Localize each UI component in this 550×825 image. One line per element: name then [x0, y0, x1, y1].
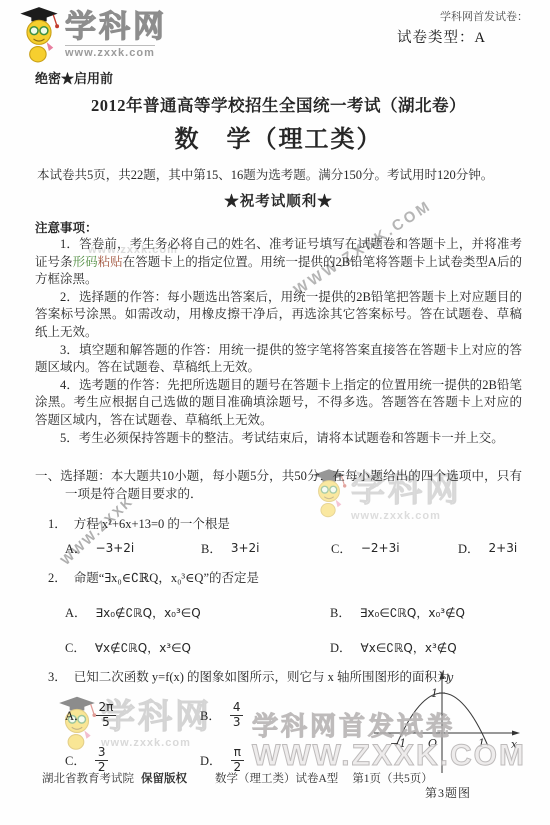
question-1: 1．方程 x²+6x+13=0 的一个根是 A．−3+2i B．3+2i C．−…: [35, 514, 522, 557]
question-2-stem: 2．命题“∃x₀∈∁ℝQ，x₀³∈Q”的否定是: [35, 568, 522, 586]
logo-brand-url: www.zxxk.com: [65, 45, 155, 59]
page-header: 学科网 www.zxxk.com 学科网首发试卷： 试卷类型：A: [35, 6, 522, 64]
x-axis-label: x: [511, 738, 518, 751]
fraction: 2π5: [96, 701, 117, 730]
question-2: 2．命题“∃x₀∈∁ℝQ，x₀³∈Q”的否定是 A．∃x₀∉∁ℝQ，x₀³∈Q …: [35, 568, 522, 656]
notice-item-5: 5．考生必须保持答题卡的整洁。考试结束后，请将本试题卷和答题卡一并上交。: [35, 430, 522, 448]
right-intercept-label: 1: [478, 737, 485, 750]
option-b: B．∃x₀∈∁ℝQ，x₀³∉Q: [330, 603, 465, 621]
page-footer: 湖北省教育考试院 保留版权 数学（理工类）试卷A型 第1页（共5页）: [42, 770, 550, 786]
logo-brand-text: 学科网: [65, 12, 167, 42]
option-a: A．−3+2i: [65, 539, 201, 557]
option-d: D．2+3i: [458, 539, 517, 557]
notice-item-4: 4．选考题的作答：先把所选题目的题号在答题卡上指定的位置用统一提供的2B铅笔涂黑…: [35, 377, 522, 430]
paper-type-label: 试卷类型：A: [397, 26, 522, 47]
question-2-options-row2: C．∀x∉∁ℝQ，x³∈Q D．∀x∈∁ℝQ，x³∉Q: [35, 638, 522, 656]
option-c: C．∀x∉∁ℝQ，x³∈Q: [65, 638, 330, 656]
left-intercept-label: −1: [390, 737, 406, 750]
zxxk-mascot-icon: [17, 6, 61, 63]
footer-copyright: 保留版权: [141, 770, 187, 786]
question-2-number: 2．: [48, 571, 67, 585]
notice-item-1: 1．答卷前，考生务必将自己的姓名、准考证号填写在试题卷和答题卡上，并将准考证号条…: [35, 236, 522, 289]
notice-item-3: 3．填空题和解答题的作答：用统一提供的签字笔将答案直接答在答题卡上对应的答题区域…: [35, 342, 522, 377]
notice-item-1-red: 粘贴: [98, 255, 123, 269]
origin-label: O: [428, 737, 437, 750]
option-a: A．2π5: [65, 701, 200, 730]
option-c: C．−2+3i: [331, 539, 458, 557]
question-3-number: 3．: [48, 670, 67, 684]
subject-title: 数 学（理工类）: [35, 119, 522, 154]
footer-page-number: 第1页（共5页）: [352, 770, 433, 786]
question-1-options: A．−3+2i B．3+2i C．−2+3i D．2+3i: [35, 539, 522, 557]
option-a: A．∃x₀∉∁ℝQ，x₀³∈Q: [65, 603, 330, 621]
option-d: D．∀x∈∁ℝQ，x³∉Q: [330, 638, 457, 656]
zxxk-logo: 学科网 www.zxxk.com: [17, 6, 167, 63]
notice-item-2: 2．选择题的作答：每小题选出答案后，用统一提供的2B铅笔把答题卡上对应题目的答案…: [35, 289, 522, 342]
parabola-graph: y x O 1 −1 1: [368, 667, 528, 779]
notice-item-1-green: 形码: [73, 255, 98, 269]
header-right: 学科网首发试卷： 试卷类型：A: [397, 8, 522, 47]
exam-title: 2012年普通高等学校招生全国统一考试（湖北卷）: [35, 92, 522, 116]
option-b: B．43: [200, 701, 243, 730]
page-content: 学科网 www.zxxk.com 学科网首发试卷： 试卷类型：A 绝密★启用前 …: [0, 0, 550, 799]
vertex-label: 1: [431, 687, 438, 700]
premiere-note: 学科网首发试卷：: [397, 8, 528, 24]
wish-line: ★祝考试顺利★: [35, 190, 522, 211]
fraction: 43: [230, 701, 244, 730]
paper-info-line: 本试卷共5页，共22题，其中第15、16题为选考题。满分150分。考试用时120…: [35, 165, 522, 183]
figure-caption: 第3题图: [364, 784, 532, 801]
footer-paper-name: 数学（理工类）试卷A型: [215, 770, 338, 786]
notice-heading: 注意事项：: [35, 218, 522, 236]
secrecy-label: 绝密★启用前: [35, 68, 522, 87]
question-1-stem: 1．方程 x²+6x+13=0 的一个根是: [35, 514, 522, 532]
question-2-options-row1: A．∃x₀∉∁ℝQ，x₀³∈Q B．∃x₀∈∁ℝQ，x₀³∉Q: [35, 603, 522, 621]
question-1-number: 1．: [48, 517, 67, 531]
footer-publisher: 湖北省教育考试院: [42, 770, 134, 786]
option-b: B．3+2i: [201, 539, 331, 557]
exam-paper-page: www.zxxk.com WWW.ZXXK.COM WWW.ZXXK 学科网 w…: [0, 0, 550, 825]
section-1-heading: 一、选择题：本大题共10小题，每小题5分，共50分．在每小题给出的四个选项中，只…: [35, 467, 522, 503]
question-1-text: 方程 x²+6x+13=0 的一个根是: [74, 517, 230, 531]
question-2-text: 命题“∃x₀∈∁ℝQ，x₀³∈Q”的否定是: [74, 571, 259, 585]
y-axis-label: y: [446, 671, 454, 684]
